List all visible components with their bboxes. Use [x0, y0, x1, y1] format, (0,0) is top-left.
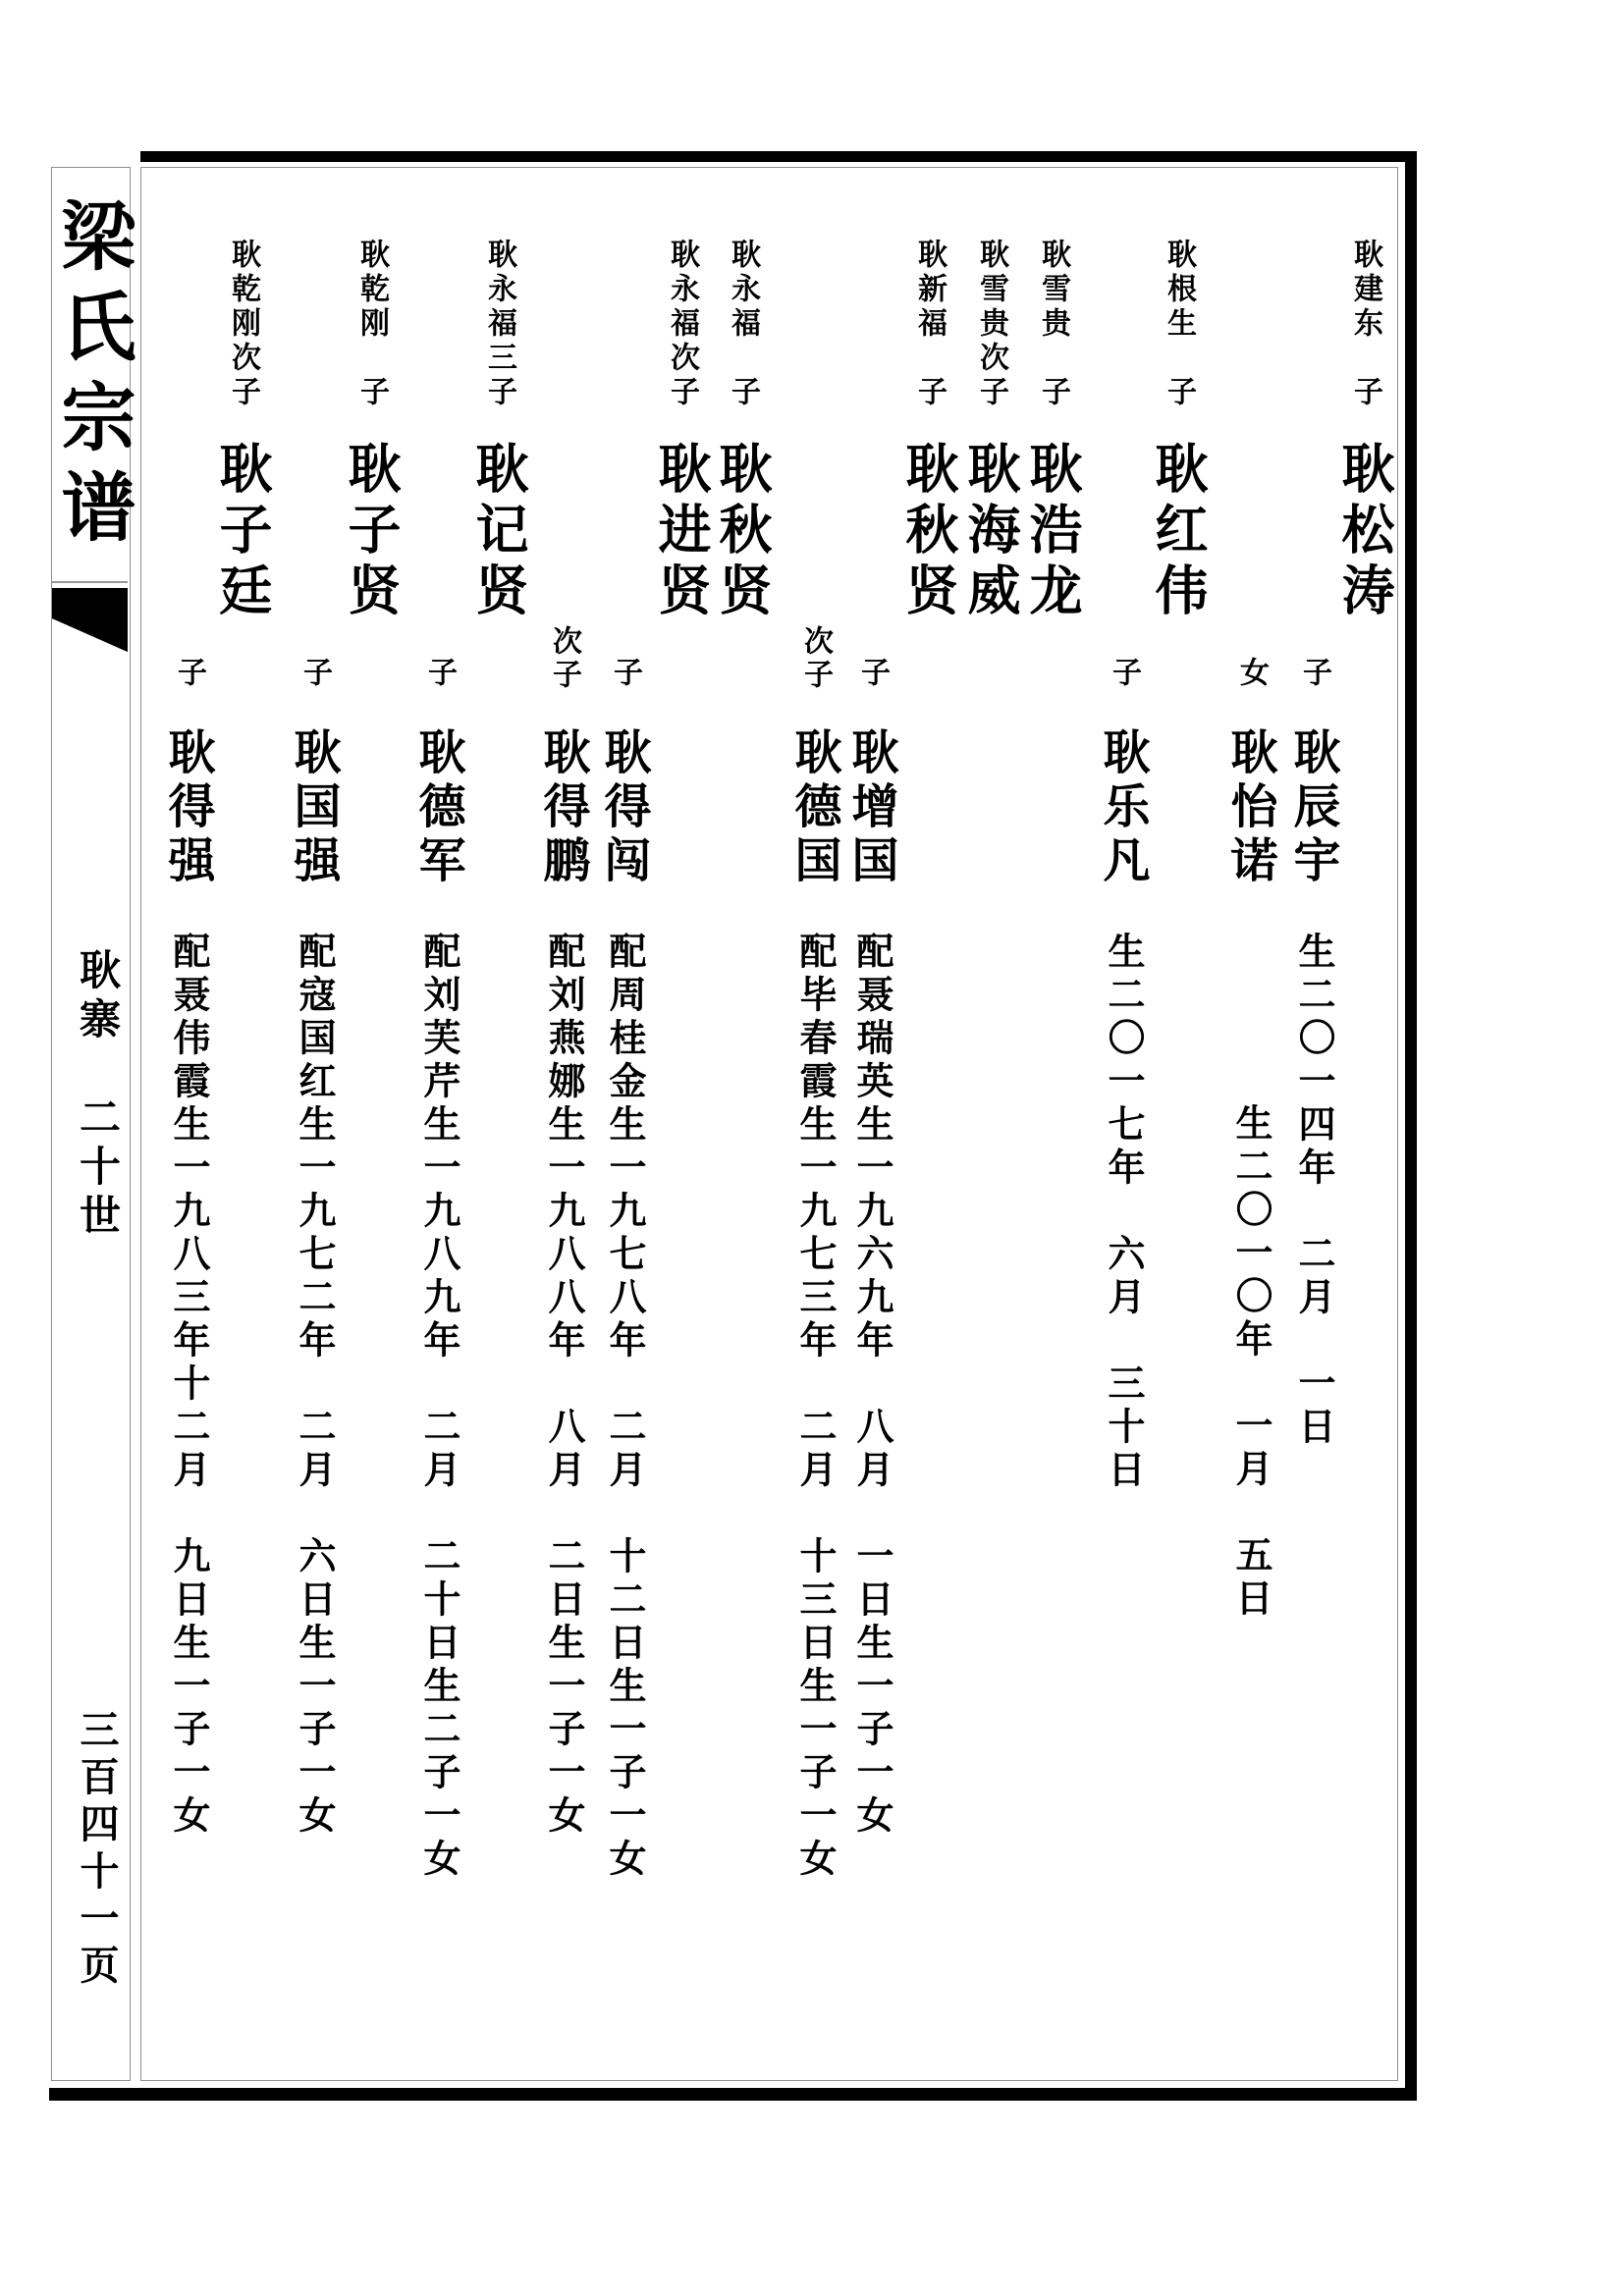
person-name: 耿浩龙	[1020, 441, 1079, 623]
frame-right-bar	[1405, 151, 1417, 2101]
child-birth-detail: 生二〇一七年 六月 三十日	[1099, 932, 1142, 1493]
person-name: 耿红伟	[1146, 441, 1205, 623]
parent-label: 耿新福 子	[908, 239, 944, 410]
child-relation: 次子	[794, 625, 830, 692]
parent-label: 耿乾刚 子	[351, 239, 386, 410]
child-relation: 子	[604, 657, 639, 690]
person-name: 耿子廷	[210, 441, 269, 623]
child-birth-detail: 配聂瑞英生一九六九年 八月 一日生一子一女	[847, 932, 891, 1839]
child-name: 耿德国	[786, 727, 838, 889]
parent-label: 耿雪贵 子	[1032, 239, 1067, 410]
child-birth-detail: 生二〇一四年 二月 一日	[1289, 932, 1332, 1450]
child-name: 耿怡诺	[1222, 727, 1273, 889]
tab-marker	[52, 588, 128, 661]
frame-bottom-bar	[49, 2088, 1417, 2101]
tab-divider	[52, 581, 128, 583]
child-birth-detail: 配寇国红生一九七二年 二月 六日生一子一女	[290, 932, 333, 1839]
child-birth-detail: 配周桂金生一九七八年 二月 十二日生一子一女	[600, 932, 643, 1882]
parent-label: 耿永福三子	[478, 239, 514, 410]
child-name: 耿得鹏	[535, 727, 586, 889]
child-birth-detail: 配毕春霞生一九七三年 二月 十三日生一子一女	[790, 932, 834, 1882]
person-name: 耿海威	[958, 441, 1017, 623]
child-relation: 次子	[543, 625, 578, 692]
book-title: 梁氏宗谱	[53, 197, 130, 559]
person-name: 耿秋贤	[896, 441, 955, 623]
genealogy-table: 耿建东 子 耿松涛 子 耿辰宇 生二〇一四年 二月 一日 女 耿怡诺 生二〇一〇…	[140, 167, 1398, 2081]
child-name: 耿乐凡	[1095, 727, 1146, 889]
child-relation: 子	[851, 657, 887, 690]
person-name: 耿进贤	[649, 441, 708, 623]
sidebar: 梁氏宗谱 耿寨 二十世 三百四十一页	[51, 167, 131, 2081]
child-birth-detail: 生二〇一〇年 一月 五日	[1226, 1103, 1270, 1622]
child-relation: 子	[418, 657, 454, 690]
child-birth-detail: 配聂伟霞生一九八三年十二月 九日生一子一女	[164, 932, 207, 1839]
person-name: 耿松涛	[1332, 441, 1391, 623]
child-relation: 子	[168, 657, 203, 690]
page-number: 三百四十一页	[69, 1709, 116, 1992]
parent-label: 耿永福次子	[661, 239, 696, 410]
child-relation: 子	[294, 657, 329, 690]
child-name: 耿辰宇	[1285, 727, 1336, 889]
child-birth-detail: 配刘芙芹生一九八九年 二月 二十日生二子一女	[414, 932, 458, 1882]
child-birth-detail: 配刘燕娜生一九八八年 八月 二日生一子一女	[539, 932, 582, 1839]
child-name: 耿得闯	[596, 727, 647, 889]
parent-label: 耿雪贵次子	[970, 239, 1005, 410]
child-name: 耿德军	[410, 727, 461, 889]
parent-label: 耿永福 子	[722, 239, 757, 410]
section-label: 耿寨 二十世	[67, 948, 118, 1243]
person-name: 耿秋贤	[710, 441, 769, 623]
child-name: 耿国强	[286, 727, 337, 889]
child-name: 耿增国	[843, 727, 894, 889]
child-name: 耿得强	[160, 727, 211, 889]
parent-label: 耿建东 子	[1344, 239, 1380, 410]
child-relation: 子	[1293, 657, 1328, 690]
genealogy-page: 梁氏宗谱 耿寨 二十世 三百四十一页 耿建东 子 耿松涛 子 耿辰宇 生二〇一四…	[0, 0, 1624, 2296]
child-relation: 子	[1103, 657, 1138, 690]
person-name: 耿子贤	[339, 441, 398, 623]
frame-top-bar	[140, 151, 1417, 162]
person-name: 耿记贤	[466, 441, 525, 623]
parent-label: 耿根生 子	[1158, 239, 1193, 410]
parent-label: 耿乾刚次子	[222, 239, 257, 410]
child-relation: 女	[1230, 657, 1266, 690]
